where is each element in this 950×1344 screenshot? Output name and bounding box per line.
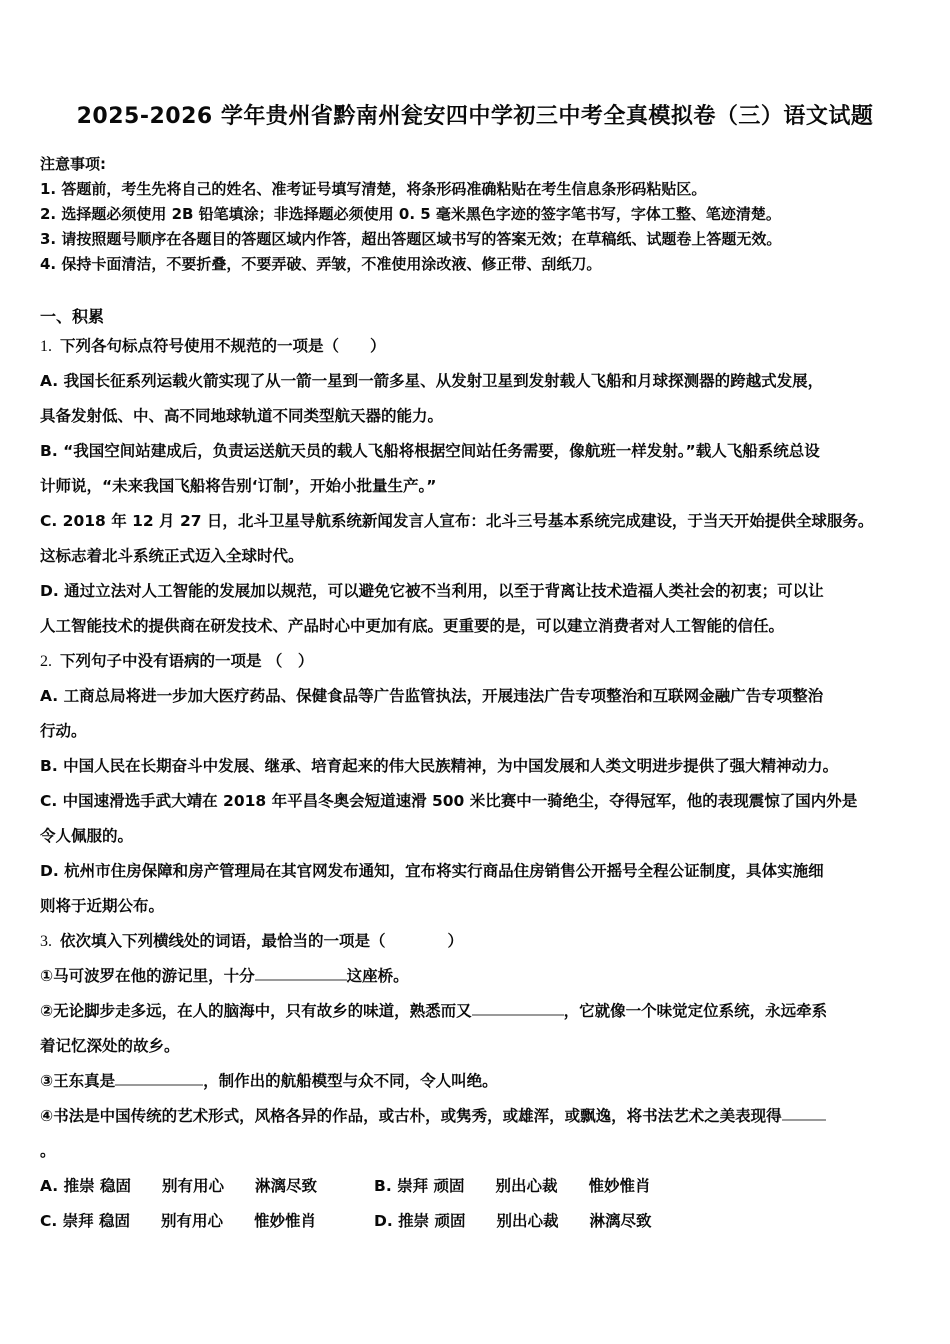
notice-item-3: 3. 请按照题号顺序在各题目的答题区域内作答，超出答题区域书写的答案无效；在草稿… [40,227,910,252]
question-2-option-a-line-1: A. 工商总局将进一步加大医疗药品、保健食品等广告监管执法，开展违法广告专项整治… [40,679,910,714]
item-3-text-after-blank: ，制作出的航船模型与众不同，令人叫绝。 [203,1072,498,1090]
notice-heading: 注意事项: [40,152,910,177]
item-1-text-before-blank: ①马可波罗在他的游记里，十分 [40,967,255,985]
notice-section: 注意事项: 1. 答题前，考生先将自己的姓名、准考证号填写清楚，将条形码准确粘贴… [40,152,910,277]
question-2-option-a-line-2: 行动。 [40,714,910,749]
notice-item-4: 4. 保持卡面清洁，不要折叠，不要弄破、弄皱，不准使用涂改液、修正带、刮纸刀。 [40,252,910,277]
choice-b: B. 崇拜 顽固 别出心裁 惟妙惟肖 [374,1169,910,1204]
page-title: 2025-2026 学年贵州省黔南州瓮安四中学初三中考全真模拟卷（三）语文试题 [40,0,910,132]
question-1-option-d-line-1: D. 通过立法对人工智能的发展加以规范，可以避免它被不当利用，以至于背离让技术造… [40,574,910,609]
choice-c: C. 崇拜 稳固 别有用心 惟妙惟肖 [40,1204,374,1239]
item-1-text-after-blank: 这座桥。 [347,967,409,985]
item-4-text: ④书法是中国传统的艺术形式，风格各异的作品，或古朴，或隽秀，或雄浑，或飘逸，将书… [40,1107,782,1125]
answer-blank [782,1105,826,1121]
item-2-text-after-blank: ，它就像一个味觉定位系统，永远牵系 [564,1002,828,1020]
question-1-option-c-line-2: 这标志着北斗系统正式迈入全球时代。 [40,539,910,574]
answer-blank [115,1070,203,1086]
question-3-choices-row-2: C. 崇拜 稳固 别有用心 惟妙惟肖 D. 推崇 顽固 别出心裁 淋漓尽致 [40,1204,910,1239]
question-1-option-a-line-2: 具备发射低、中、高不同地球轨道不同类型航天器的能力。 [40,399,910,434]
item-3-text-before-blank: ③王东真是 [40,1072,115,1090]
question-body: 1.下列各句标点符号使用不规范的一项是（ ） A. 我国长征系列运载火箭实现了从… [40,329,910,1239]
question-1-option-b-line-1: B. “我国空间站建成后，负责运送航天员的载人飞船将根据空间站任务需要，像航班一… [40,434,910,469]
question-3-stem-text: 依次填入下列横线处的词语，最恰当的一项是（ ） [60,932,463,950]
choice-d: D. 推崇 顽固 别出心裁 淋漓尽致 [374,1204,910,1239]
question-1-option-a-line-1: A. 我国长征系列运载火箭实现了从一箭一星到一箭多星、从发射卫星到发射载人飞船和… [40,364,910,399]
question-3-item-3: ③王东真是，制作出的航船模型与众不同，令人叫绝。 [40,1064,910,1099]
question-2-number: 2. [40,653,60,670]
notice-item-2: 2. 选择题必须使用 2B 铅笔填涂；非选择题必须使用 0. 5 毫米黑色字迹的… [40,202,910,227]
question-2-stem-text: 下列句子中没有语病的一项是 （ ） [60,652,313,670]
question-2-option-d-line-2: 则将于近期公布。 [40,889,910,924]
question-1-stem: 1.下列各句标点符号使用不规范的一项是（ ） [40,329,910,364]
item-2-text-before-blank: ②无论脚步走多远，在人的脑海中，只有故乡的味道，熟悉而又 [40,1002,472,1020]
question-1-stem-text: 下列各句标点符号使用不规范的一项是（ ） [60,337,386,355]
question-3-item-4-line-2: 。 [40,1134,910,1169]
question-3-choices-row-1: A. 推崇 稳固 别有用心 淋漓尽致 B. 崇拜 顽固 别出心裁 惟妙惟肖 [40,1169,910,1204]
question-2-option-c-line-2: 令人佩服的。 [40,819,910,854]
question-1-option-d-line-2: 人工智能技术的提供商在研发技术、产品时心中更加有底。更重要的是，可以建立消费者对… [40,609,910,644]
question-2-option-c-line-1: C. 中国速滑选手武大靖在 2018 年平昌冬奥会短道速滑 500 米比赛中一骑… [40,784,910,819]
question-1-option-b-line-2: 计师说，“未来我国飞船将告别‘订制’，开始小批量生产。” [40,469,910,504]
answer-blank [472,1000,564,1016]
question-3-number: 3. [40,933,60,950]
question-2-option-b: B. 中国人民在长期奋斗中发展、继承、培育起来的伟大民族精神，为中国发展和人类文… [40,749,910,784]
question-3-stem: 3.依次填入下列横线处的词语，最恰当的一项是（ ） [40,924,910,959]
question-3-item-2-line-2: 着记忆深处的故乡。 [40,1029,910,1064]
notice-item-1: 1. 答题前，考生先将自己的姓名、准考证号填写清楚，将条形码准确粘贴在考生信息条… [40,177,910,202]
question-3-item-1: ①马可波罗在他的游记里，十分这座桥。 [40,959,910,994]
question-3-item-2-line-1: ②无论脚步走多远，在人的脑海中，只有故乡的味道，熟悉而又，它就像一个味觉定位系统… [40,994,910,1029]
exam-page: 2025-2026 学年贵州省黔南州瓮安四中学初三中考全真模拟卷（三）语文试题 … [0,0,950,1239]
question-1-number: 1. [40,338,60,355]
section-heading-accumulation: 一、积累 [40,304,910,329]
question-2-stem: 2.下列句子中没有语病的一项是 （ ） [40,644,910,679]
question-3-item-4-line-1: ④书法是中国传统的艺术形式，风格各异的作品，或古朴，或隽秀，或雄浑，或飘逸，将书… [40,1099,910,1134]
question-2-option-d-line-1: D. 杭州市住房保障和房产管理局在其官网发布通知，宜布将实行商品住房销售公开摇号… [40,854,910,889]
question-1-option-c-line-1: C. 2018 年 12 月 27 日，北斗卫星导航系统新闻发言人宣布：北斗三号… [40,504,910,539]
choice-a: A. 推崇 稳固 别有用心 淋漓尽致 [40,1169,374,1204]
answer-blank [255,965,347,981]
